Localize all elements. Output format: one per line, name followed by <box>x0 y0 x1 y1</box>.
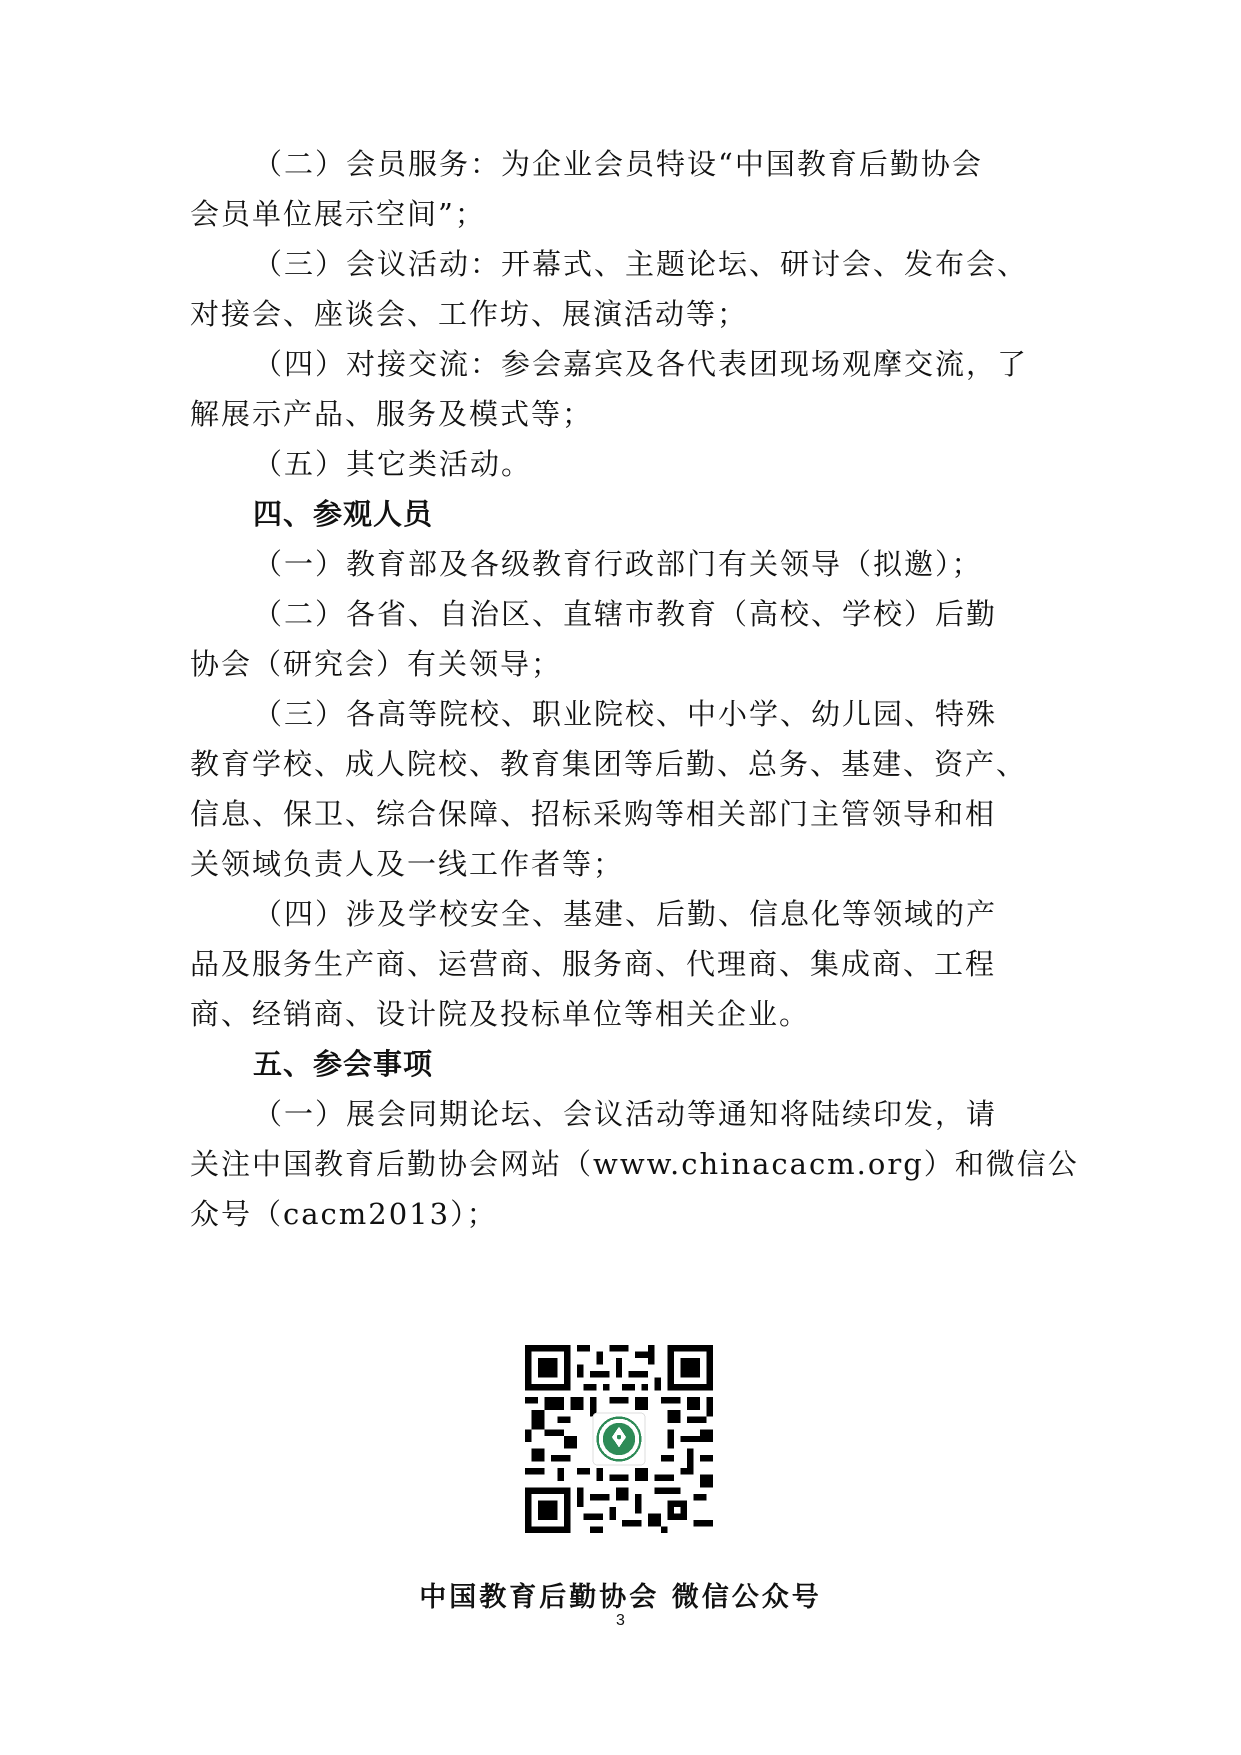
paragraph-line: （一）展会同期论坛、会议活动等通知将陆续印发，请 <box>253 1096 1113 1132</box>
section-heading: 四、参观人员 <box>253 496 1113 532</box>
page-number: 3 <box>0 1612 1241 1630</box>
wechat-qr-code-image <box>525 1345 713 1533</box>
document-page: （二）会员服务：为企业会员特设“中国教育后勤协会 会员单位展示空间”； （三）会… <box>0 0 1241 1755</box>
paragraph-line: 众号（cacm2013）； <box>190 1196 1050 1232</box>
paragraph-line: （三）会议活动：开幕式、主题论坛、研讨会、发布会、 <box>253 246 1113 282</box>
paragraph-line: （二）会员服务：为企业会员特设“中国教育后勤协会 <box>253 146 1113 182</box>
section-heading: 五、参会事项 <box>253 1046 1113 1082</box>
paragraph-line: （四）对接交流：参会嘉宾及各代表团现场观摩交流，了 <box>253 346 1113 382</box>
paragraph-line: 品及服务生产商、运营商、服务商、代理商、集成商、工程 <box>190 946 1050 982</box>
paragraph-line: 商、经销商、设计院及投标单位等相关企业。 <box>190 996 1050 1032</box>
paragraph-line: 对接会、座谈会、工作坊、展演活动等； <box>190 296 1050 332</box>
paragraph-line: 教育学校、成人院校、教育集团等后勤、总务、基建、资产、 <box>190 746 1050 782</box>
qr-caption: 中国教育后勤协会 微信公众号 <box>0 1575 1241 1614</box>
paragraph-line: （一）教育部及各级教育行政部门有关领导（拟邀）； <box>253 546 1113 582</box>
paragraph-line: 协会（研究会）有关领导； <box>190 646 1050 682</box>
paragraph-line: （三）各高等院校、职业院校、中小学、幼儿园、特殊 <box>253 696 1113 732</box>
paragraph-line: 信息、保卫、综合保障、招标采购等相关部门主管领导和相 <box>190 796 1050 832</box>
paragraph-line: （二）各省、自治区、直辖市教育（高校、学校）后勤 <box>253 596 1113 632</box>
paragraph-line: 关注中国教育后勤协会网站（www.chinacacm.org）和微信公 <box>190 1146 1050 1182</box>
paragraph-line: （四）涉及学校安全、基建、后勤、信息化等领域的产 <box>253 896 1113 932</box>
paragraph-line: 关领域负责人及一线工作者等； <box>190 846 1050 882</box>
paragraph-line: 会员单位展示空间”； <box>190 196 1050 232</box>
paragraph-line: 解展示产品、服务及模式等； <box>190 396 1050 432</box>
paragraph-line: （五）其它类活动。 <box>253 446 1113 482</box>
